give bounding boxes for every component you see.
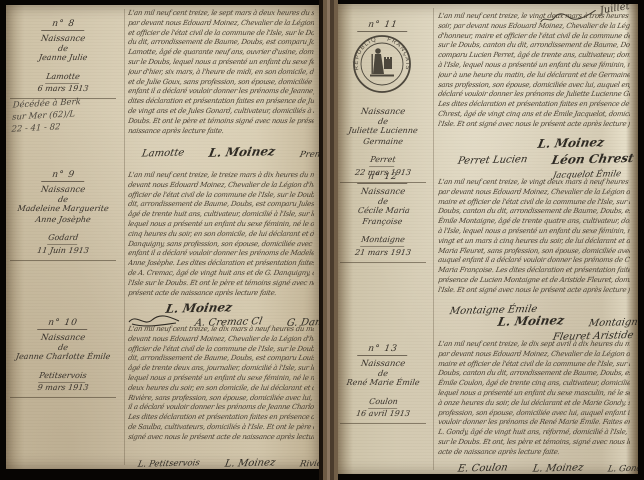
- signature: Lamotte: [141, 147, 185, 159]
- handwritten-line: Germaine: [339, 137, 426, 148]
- signature: E. Coulon: [457, 462, 509, 474]
- act-number: n° 13: [357, 344, 408, 356]
- margin-divider: [10, 397, 116, 398]
- handwritten-line: Maria Fleuret, sans profession, son épou…: [438, 247, 630, 257]
- handwritten-line: Petitservois: [38, 371, 87, 383]
- margin-entry-10: n° 10 Naissance de Jeanne Charlotte Émil…: [10, 310, 116, 398]
- handwritten-line: l'Isle. Et ont signé avec nous le présen…: [438, 120, 630, 130]
- act-body-12: L'an mil neuf cent treize, le vingt deux…: [438, 178, 630, 298]
- handwritten-line: naissance après lecture faite.: [128, 127, 314, 137]
- handwritten-line: Rivière, sans profession, son épouse, do…: [128, 394, 314, 404]
- handwritten-line: L'an mil neuf cent treize, le dix sept a…: [438, 340, 630, 350]
- handwritten-line: dites déclaration et présentation faites…: [128, 97, 314, 107]
- handwritten-line: jour à une heure du matin, de lui déclar…: [438, 71, 630, 81]
- handwritten-line: Godard: [47, 233, 79, 245]
- act-body-9: L'an mil neuf cent treize, le treize mar…: [128, 171, 314, 301]
- signature-row: L. Petitservois L. Moinez Rivière Saulba: [128, 451, 319, 469]
- margin-de: de: [339, 117, 426, 126]
- margin-de: de: [339, 197, 426, 206]
- handwritten-line: Lamotte: [45, 72, 80, 84]
- handwritten-line: lequel nous a présenté un enfant du sexe…: [128, 220, 314, 230]
- handwritten-line: L'an mil neuf cent treize, le vingt deux…: [438, 178, 630, 188]
- handwritten-line: Jeanne Julie: [9, 53, 116, 64]
- margin-de: de: [9, 343, 116, 352]
- handwritten-line: L'an mil neuf cent treize, le dix mars à…: [128, 325, 314, 335]
- margin-de: de: [9, 195, 116, 204]
- act-body-13: L'an mil neuf cent treize, le dix sept a…: [438, 340, 630, 458]
- handwritten-line: déclaré vouloir donner les prénoms de Ju…: [438, 90, 630, 100]
- handwritten-line: âgé de trente deux ans, journalier, domi…: [128, 364, 314, 374]
- handwritten-line: présence de Lucien Montaigne et de Arist…: [438, 276, 630, 286]
- handwritten-line: l'Isle sur le Doubs. Et ont le père et t…: [128, 279, 314, 289]
- margin-entry-13: n° 13 Naissance de René Marie ÉmileCoulo…: [340, 336, 426, 424]
- margin-divider: [340, 262, 426, 263]
- right-margin-column: n° 11 RÉPUBLIQUE FRANÇAISE: [340, 4, 432, 474]
- handwritten-line: Maria Françoise. Les dites déclaration e…: [438, 266, 630, 276]
- handwritten-line: Les dites déclaration et présentation fa…: [438, 100, 630, 110]
- handwritten-line: Doubs, canton du dit, arrondissement de …: [438, 369, 630, 379]
- handwritten-line: Doubs, canton du dit, arrondissement de …: [438, 207, 630, 217]
- handwritten-line: officier de l'état civil de la commune d…: [128, 345, 314, 355]
- handwritten-line: Madeleine Marguerite: [9, 204, 116, 215]
- handwritten-line: comparu Lucien Perret, âgé de trente ans…: [438, 51, 630, 61]
- handwritten-line: vouloir donner les prénoms de René Marie…: [438, 418, 630, 428]
- handwritten-line: Lamotte, âgé de quarante neuf ans, ouvri…: [128, 48, 314, 58]
- register-scan: n° 8 Naissance de Jeanne JulieLamotte 6 …: [0, 0, 644, 480]
- handwritten-line: L'an mil neuf cent treize, le vingt deux…: [438, 12, 630, 22]
- handwritten-line: de vingt ans et de Jules Gonard, cultiva…: [128, 107, 314, 117]
- handwritten-line: Coulon: [368, 397, 398, 409]
- handwritten-line: de Saulba, cultivateurs, domiciliés à l'…: [128, 423, 314, 433]
- act-type-label: Naissance: [339, 359, 426, 369]
- margin-entry-12: n° 12 Naissance de Cécile Maria François…: [340, 164, 426, 263]
- act-date: 9 mars 1913: [9, 383, 116, 392]
- margin-de: de: [9, 44, 116, 53]
- handwritten-line: Danquigny, sans profession, son épouse, …: [128, 240, 314, 250]
- handwritten-line: enfant il a déclaré vouloir donner les p…: [128, 249, 314, 259]
- signature: Prency Jules Gonard: [299, 148, 319, 160]
- handwritten-line: devant nous Edouard Moinez, Chevalier de…: [128, 181, 314, 191]
- handwritten-line: Doubs. Et ont le père et témoins signé a…: [128, 117, 314, 127]
- margin-rule-line: [124, 9, 125, 465]
- margin-entry-11: n° 11: [340, 12, 426, 32]
- handwritten-line: Montaigne: [360, 235, 405, 247]
- handwritten-line: L'an mil neuf cent treize, le sept mars …: [128, 9, 314, 19]
- act-number: n° 12: [357, 172, 408, 184]
- child-name: Jeanne Charlotte ÉmilePetitservois: [10, 352, 116, 382]
- margin-de: de: [339, 369, 426, 378]
- handwritten-line: Les dites déclaration et présentation fa…: [128, 413, 314, 423]
- handwritten-line: dit, arrondissement de Baume, Doubs, est…: [128, 200, 314, 210]
- child-name: Madeleine MargueriteAnne JosèpheGodard: [10, 204, 116, 245]
- child-name: Juliette LucienneGermainePerret: [340, 126, 426, 167]
- act-body-11: L'an mil neuf cent treize, le vingt deux…: [438, 12, 630, 132]
- handwritten-line: il a déclaré vouloir donner les prénoms …: [128, 403, 314, 413]
- margin-entry-9: n° 9 Naissance de Madeleine MargueriteAn…: [10, 162, 116, 261]
- act-type-label: Naissance: [9, 333, 116, 343]
- act-date: 11 Juin 1913: [9, 246, 116, 255]
- signature-row: E. Coulon L. Moinez L. Gondy Henry: [448, 456, 638, 474]
- margin-entry-8: n° 8 Naissance de Jeanne JulieLamotte 6 …: [10, 11, 116, 99]
- handwritten-line: par devant nous Edouard Moinez, Chevalie…: [128, 19, 314, 29]
- handwritten-line: Émile Coulon, âgé de trente cinq ans, cu…: [438, 379, 630, 389]
- handwritten-line: officier de l'état civil de la commune d…: [128, 191, 314, 201]
- signature-officer: L. Moinez: [208, 144, 277, 160]
- left-margin-column: n° 8 Naissance de Jeanne JulieLamotte 6 …: [10, 5, 122, 469]
- handwritten-line: à l'Isle, lequel nous a présenté un enfa…: [438, 227, 630, 237]
- signature-officer: L. Moinez: [531, 462, 583, 474]
- handwritten-line: L. Gondy, âgé de vingt huit ans, réformé…: [438, 428, 630, 438]
- handwritten-line: René Marie Émile: [339, 378, 426, 389]
- handwritten-line: sans profession, son épouse, domiciliée …: [438, 81, 630, 91]
- margin-divider: [340, 423, 426, 424]
- act-body-10: L'an mil neuf cent treize, le dix mars à…: [128, 325, 314, 447]
- handwritten-line: dit, arrondissement de Baume, Doubs, est…: [128, 354, 314, 364]
- signature-officer: L. Moinez: [223, 457, 275, 469]
- handwritten-line: du dit, arrondissement de Baume, Doubs, …: [128, 38, 314, 48]
- act-date: 21 mars 1913: [339, 248, 426, 257]
- act-body-8: L'an mil neuf cent treize, le sept mars …: [128, 9, 314, 139]
- signature: L. Petitservois: [137, 458, 201, 469]
- child-name: René Marie ÉmileCoulon: [340, 378, 426, 408]
- handwritten-line: à l'Isle, lequel nous a présenté un enfa…: [438, 61, 630, 71]
- act-type-label: Naissance: [9, 34, 116, 44]
- handwritten-line: Émile Montaigne, âgé de trente quatre an…: [438, 217, 630, 227]
- act-number: n° 10: [37, 318, 88, 330]
- handwritten-line: enfant il a déclaré vouloir donner les p…: [128, 87, 314, 97]
- handwritten-line: Chrest, âgé de vingt cinq ans et de Émil…: [438, 110, 630, 120]
- act-type-label: Naissance: [9, 185, 116, 195]
- handwritten-line: par devant nous Edouard Moinez, Chevalie…: [438, 188, 630, 198]
- handwritten-line: et de Julie Goux, sans profession, son é…: [128, 78, 314, 88]
- margin-divider: [10, 260, 116, 261]
- handwritten-line: et officier de l'état civil de la commun…: [128, 29, 314, 39]
- act-date: 6 mars 1913: [9, 84, 116, 93]
- handwritten-line: sur le Doubs, lequel nous a présenté un …: [128, 58, 314, 68]
- handwritten-line: maire et officier de l'état civil de la …: [438, 198, 630, 208]
- handwritten-line: devant nous Edouard Moinez, Chevalier de…: [128, 335, 314, 345]
- signature: Rivière: [299, 459, 319, 469]
- child-name: Jeanne JulieLamotte: [10, 53, 116, 83]
- handwritten-line: à onze heures du soir, de lui déclarant …: [438, 399, 630, 409]
- marianne-figure: [370, 48, 394, 76]
- act-number: n° 9: [41, 170, 86, 182]
- act-type-label: Naissance: [339, 107, 426, 117]
- handwritten-line: lequel nous a présenté un enfant du sexe…: [128, 374, 314, 384]
- signature: L. Gondy: [607, 463, 638, 474]
- handwritten-line: par devant nous Edouard Moinez, Chevalie…: [438, 350, 630, 360]
- handwritten-line: d'honneur, maire et officier de l'état c…: [438, 32, 630, 42]
- republique-francaise-stamp: RÉPUBLIQUE FRANÇAISE: [350, 32, 414, 96]
- handwritten-line: Jeanne Charlotte Émile: [9, 352, 116, 363]
- margin-rule-line: [433, 8, 434, 470]
- handwritten-line: soir, par devant nous Edouard Moinez, Ch…: [438, 22, 630, 32]
- right-page: Juillet n° 11 RÉPUBLIQUE FRANÇAISE: [338, 4, 638, 474]
- death-annotation: Décédée à Berksur Mer (62)/L22 - 41 - 82: [11, 94, 115, 135]
- act-date: 16 avril 1913: [339, 409, 426, 418]
- handwritten-line: âgé de trente huit ans, cultivateur, dom…: [128, 210, 314, 220]
- handwritten-line: profession, son épouse, domiciliée avec …: [438, 409, 630, 419]
- handwritten-line: Anne Josèphe: [9, 215, 116, 226]
- act-number: n° 8: [41, 19, 86, 31]
- handwritten-line: Cécile Maria Françoise: [339, 206, 428, 227]
- signature: Perret Lucien: [457, 154, 529, 167]
- handwritten-line: deux heures du soir, en son domicile, de…: [128, 384, 314, 394]
- handwritten-line: lequel nous a présenté un enfant du sexe…: [438, 389, 630, 399]
- signature-row: Lamotte L. Moinez Prency Jules Gonard: [132, 141, 319, 160]
- handwritten-line: auquel enfant il a déclaré vouloir donne…: [438, 256, 630, 266]
- handwritten-line: jour d'hier, six mars, à l'heure de midi…: [128, 68, 314, 78]
- handwritten-line: vingt et un mars à cinq heures du soir, …: [438, 237, 630, 247]
- handwritten-line: maire et officier de l'état civil de la …: [438, 360, 630, 370]
- handwritten-line: signé avec nous le présent acte de naiss…: [128, 433, 314, 443]
- handwritten-line: sur le Doubs, canton du dit, arrondissem…: [438, 41, 630, 51]
- handwritten-line: L'an mil neuf cent treize, le treize mar…: [128, 171, 314, 181]
- handwritten-line: Anne Josèphe. Les dites déclaration et p…: [128, 259, 314, 269]
- act-type-label: Naissance: [339, 187, 426, 197]
- act-number: n° 11: [357, 20, 408, 32]
- handwritten-line: l'Isle. Et ont signé avec nous le présen…: [438, 286, 630, 296]
- handwritten-line: Juliette Lucienne: [339, 126, 426, 137]
- left-page: n° 8 Naissance de Jeanne JulieLamotte 6 …: [6, 5, 319, 469]
- handwritten-line: sur le Doubs. Et ont, les père et témoin…: [438, 438, 630, 448]
- child-name: Cécile Maria FrançoiseMontaigne: [340, 206, 426, 247]
- handwritten-line: cinq heures du soir, en son domicile, de…: [128, 230, 314, 240]
- handwritten-line: de A. Cremac, âgé de vingt huit ans et d…: [128, 269, 314, 279]
